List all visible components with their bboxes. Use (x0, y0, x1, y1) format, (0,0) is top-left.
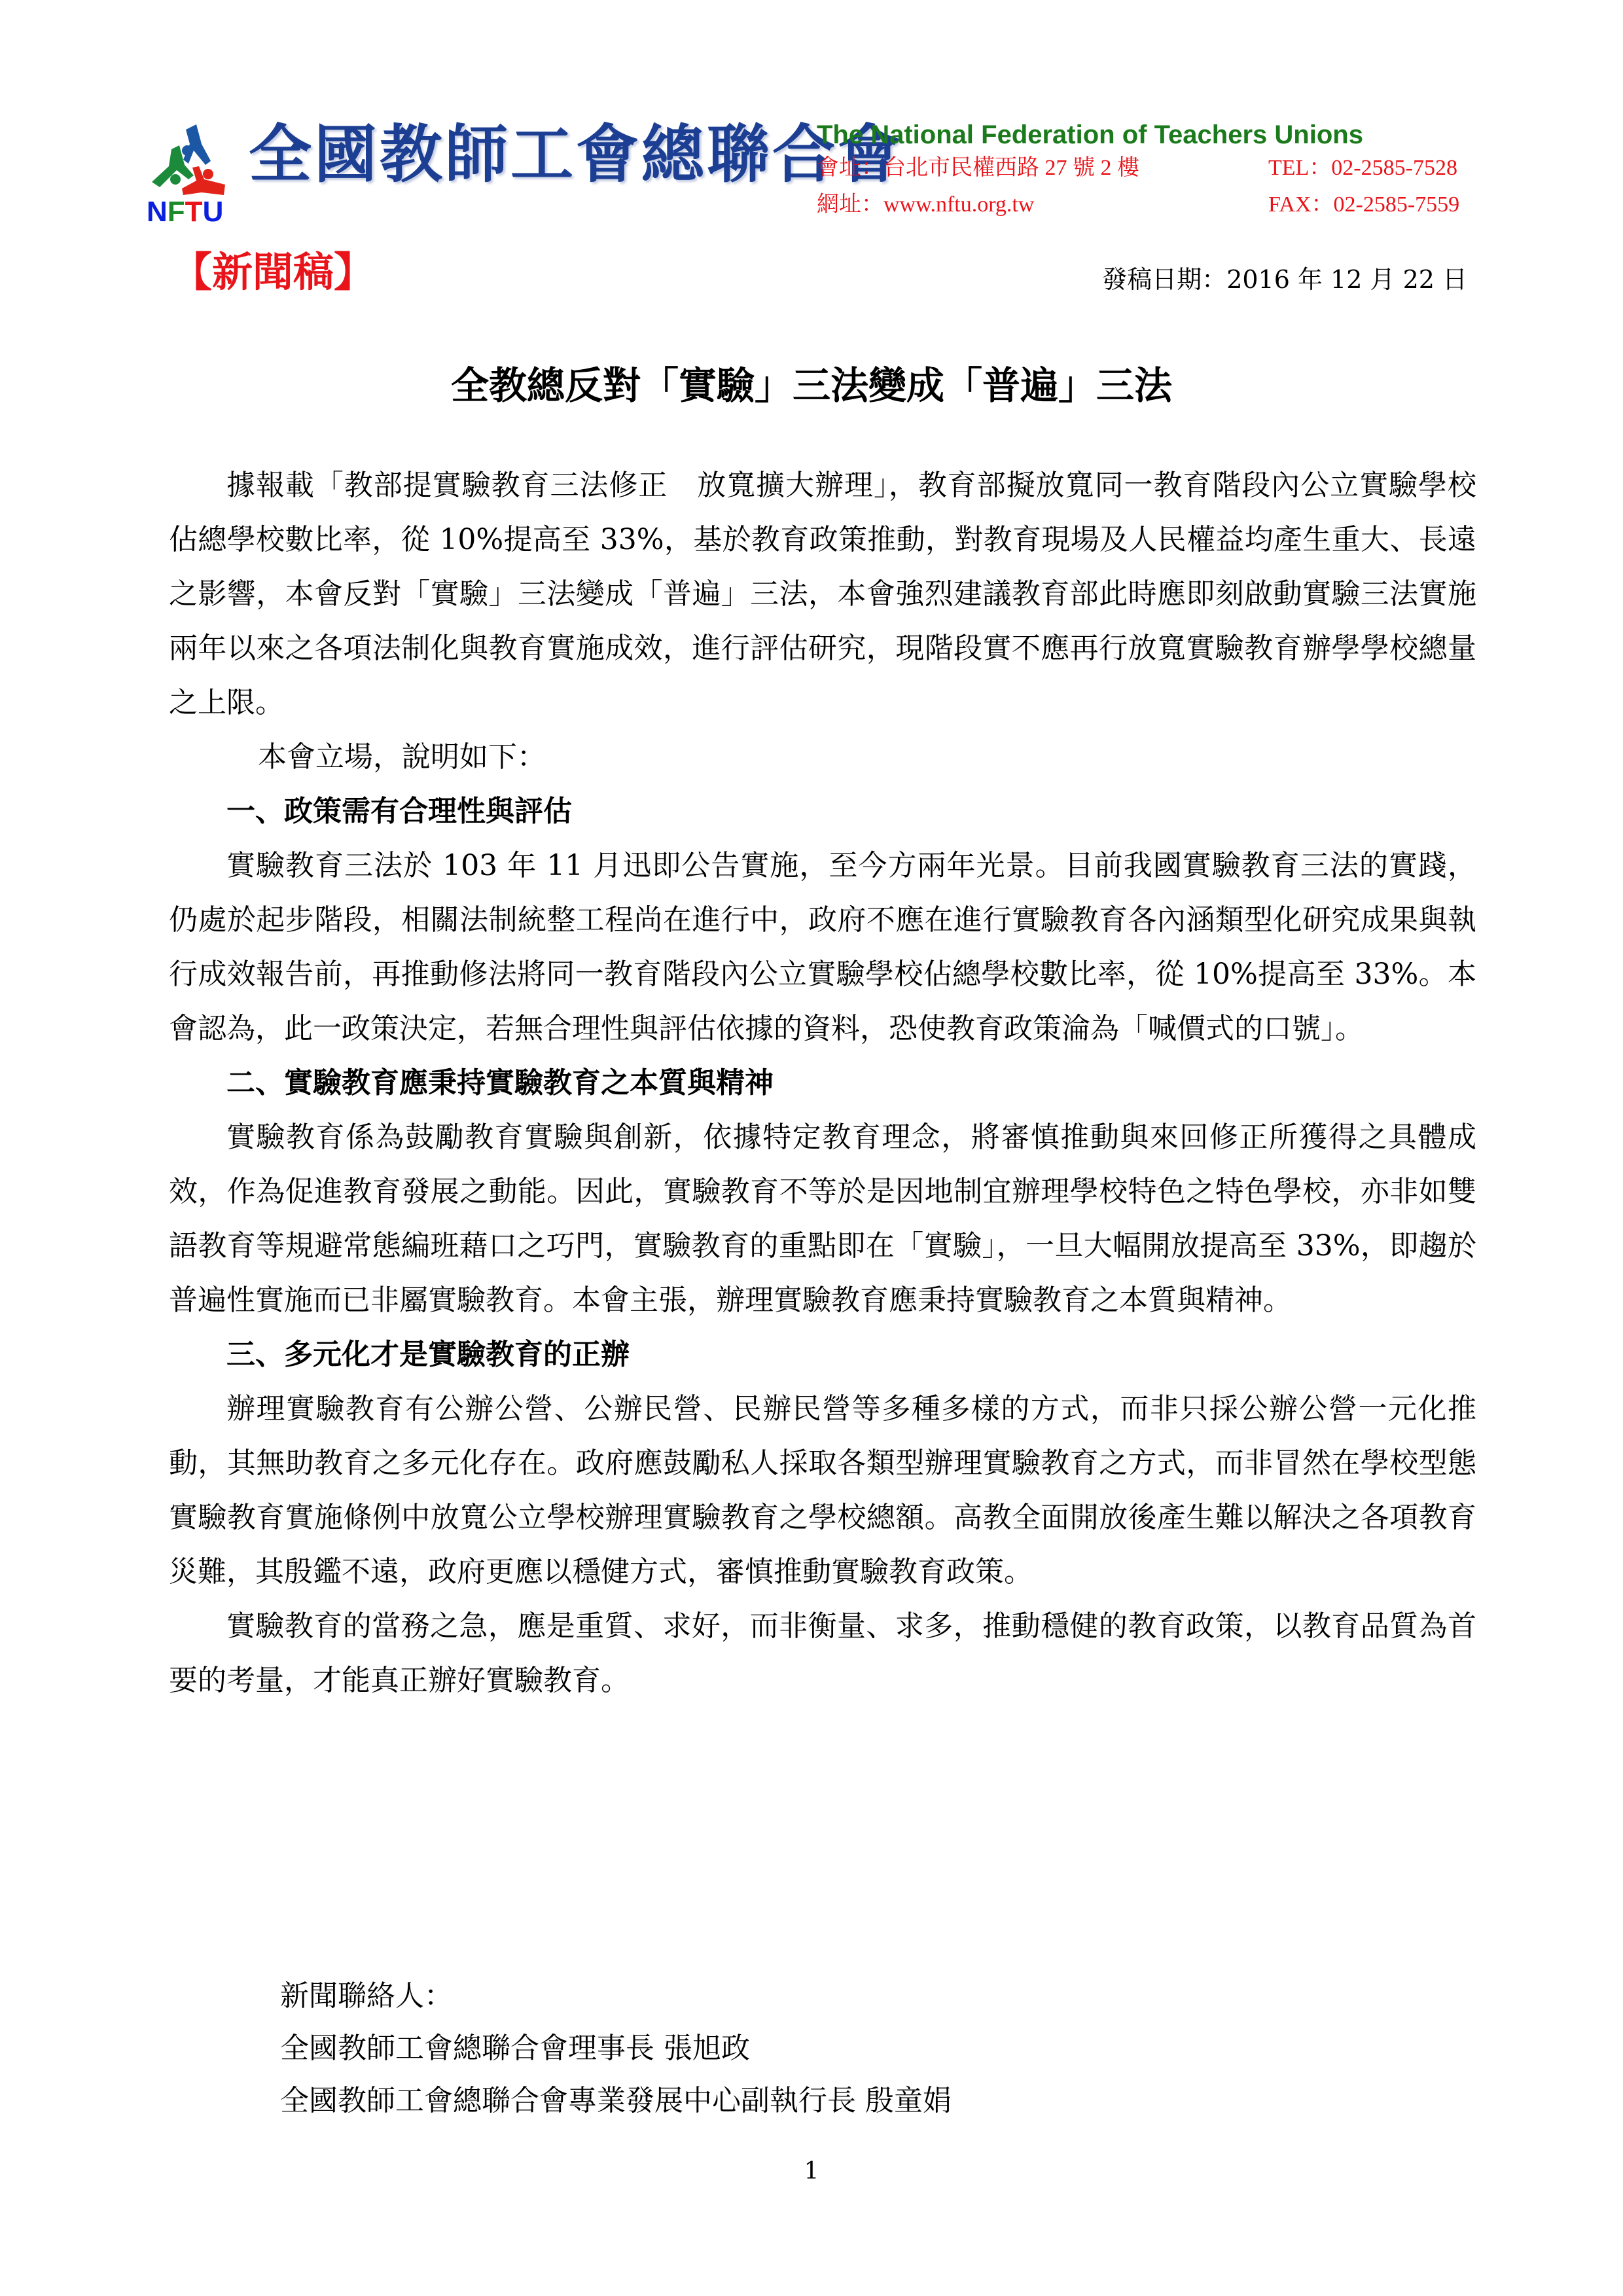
address: 會址：台北市民權西路 27 號 2 樓 (817, 156, 1139, 180)
logo-letter-u: U (203, 198, 224, 226)
press-release-body: 據報載「教部提實驗教育三法修正 放寬擴大辦理」，教育部擬放寬同一教育階段內公立實… (169, 458, 1476, 1708)
org-name-english: The National Federation of Teachers Unio… (817, 122, 1363, 148)
intro-paragraph: 據報載「教部提實驗教育三法修正 放寬擴大辦理」，教育部擬放寬同一教育階段內公立實… (169, 458, 1476, 730)
contact-person-1: 全國教師工會總聯合會理事長 張旭政 (280, 2022, 952, 2075)
org-name-chinese: 全國教師工會總聯合會 (249, 123, 903, 186)
fax: FAX：02-2585-7559 (1268, 194, 1459, 216)
website-link[interactable]: 網址：www.nftu.org.tw (817, 192, 1034, 217)
section-paragraph-3: 辦理實驗教育有公辦公營、公辦民營、民辦民營等多種多樣的方式，而非只採公辦公營一元… (169, 1382, 1476, 1599)
section-paragraph-1: 實驗教育三法於 103 年 11 月迅即公告實施，至今方兩年光景。目前我國實驗教… (169, 838, 1476, 1056)
press-contacts: 新聞聯絡人： 全國教師工會總聯合會理事長 張旭政 全國教師工會總聯合會專業發展中… (280, 1970, 952, 2127)
nftu-three-figures-logo-icon (145, 124, 237, 198)
logo-letter-n: N (147, 198, 168, 226)
section-paragraph-2: 實驗教育係為鼓勵教育實驗與創新，依據特定教育理念，將審慎推動與來回修正所獲得之具… (169, 1110, 1476, 1327)
press-release-tag: 【新聞稿】 (171, 252, 374, 293)
contacts-label: 新聞聯絡人： (280, 1970, 952, 2022)
section-heading-2: 二、實驗教育應秉持實驗教育之本質與精神 (169, 1056, 1476, 1110)
logo-letter-t: T (185, 198, 203, 226)
section-heading-3: 三、多元化才是實驗教育的正辦 (169, 1327, 1476, 1382)
section-heading-1: 一、政策需有合理性與評估 (169, 784, 1476, 838)
nftu-logo: NFTU (145, 124, 237, 223)
headline: 全教總反對「實驗」三法變成「普遍」三法 (0, 367, 1623, 404)
logo-letter-f: F (168, 198, 185, 226)
page-number: 1 (0, 2160, 1623, 2183)
conclusion-paragraph: 實驗教育的當務之急，應是重質、求好，而非衡量、求多，推動穩健的教育政策，以教育品… (169, 1599, 1476, 1708)
position-intro: 本會立場，說明如下： (169, 730, 1476, 784)
logo-acronym: NFTU (147, 198, 223, 226)
release-date: 發稿日期：2016 年 12 月 22 日 (1102, 267, 1467, 292)
letterhead: NFTU 全國教師工會總聯合會 The National Federation … (0, 0, 1623, 223)
contact-row-address: 會址：台北市民權西路 27 號 2 樓 TEL：02-2585-7528 (817, 157, 1471, 179)
contact-row-web: 網址：www.nftu.org.tw FAX：02-2585-7559 (817, 194, 1471, 216)
contact-person-2: 全國教師工會總聯合會專業發展中心副執行長 殷童娟 (280, 2075, 952, 2127)
telephone: TEL：02-2585-7528 (1268, 157, 1457, 179)
